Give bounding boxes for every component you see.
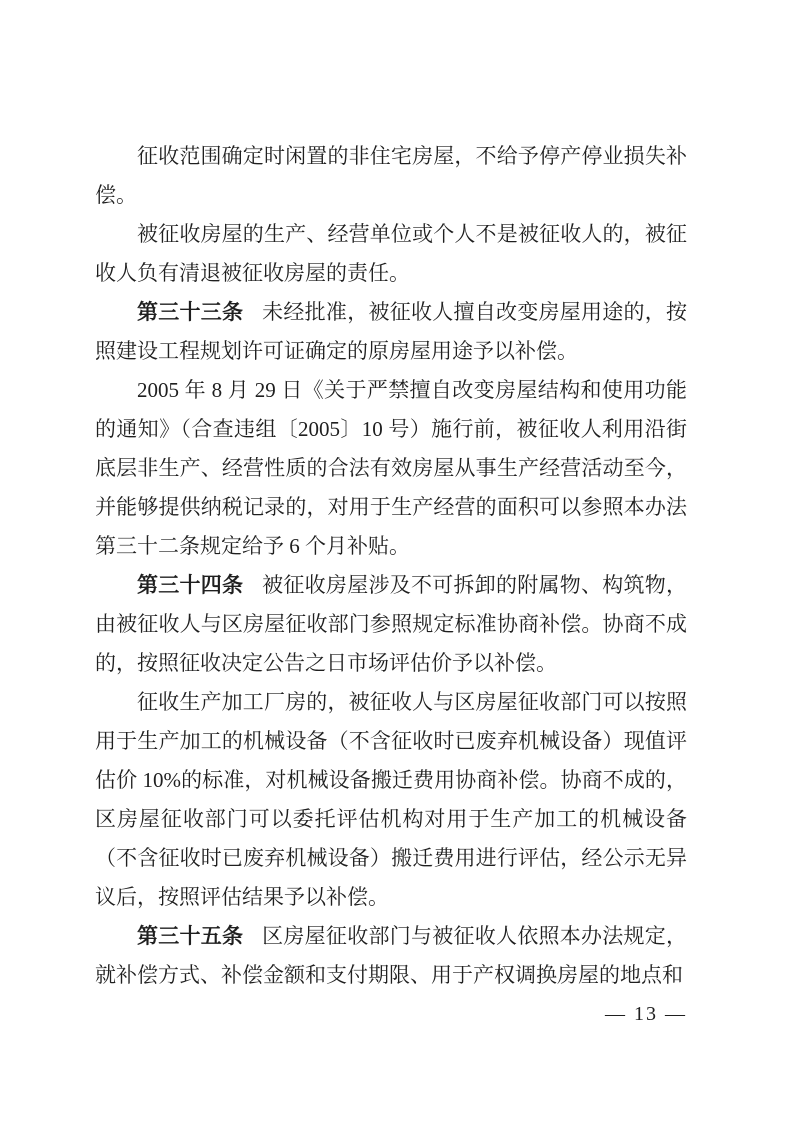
body-paragraph: 被征收房屋的生产、经营单位或个人不是被征收人的，被征收人负有清退被征收房屋的责任… <box>95 215 687 293</box>
page-footer: — 13 — <box>95 1003 687 1026</box>
article-paragraph: 第三十四条被征收房屋涉及不可拆卸的附属物、构筑物，由被征收人与区房屋征收部门参照… <box>95 566 687 683</box>
page-number: — 13 — <box>605 1003 687 1025</box>
article-paragraph: 第三十五条区房屋征收部门与被征收人依照本办法规定，就补偿方式、补偿金额和支付期限… <box>95 917 687 995</box>
paragraph-text: 被征收房屋的生产、经营单位或个人不是被征收人的，被征收人负有清退被征收房屋的责任… <box>95 222 687 285</box>
article-paragraph: 第三十三条未经批准，被征收人擅自改变房屋用途的，按照建设工程规划许可证确定的原房… <box>95 293 687 371</box>
body-paragraph: 2005 年 8 月 29 日《关于严禁擅自改变房屋结构和使用功能的通知》（合查… <box>95 371 687 566</box>
body-paragraph: 征收范围确定时闲置的非住宅房屋，不给予停产停业损失补偿。 <box>95 137 687 215</box>
document-body: 征收范围确定时闲置的非住宅房屋，不给予停产停业损失补偿。被征收房屋的生产、经营单… <box>95 137 687 995</box>
paragraph-text: 2005 年 8 月 29 日《关于严禁擅自改变房屋结构和使用功能的通知》（合查… <box>95 378 687 558</box>
article-number: 第三十三条 <box>137 301 243 324</box>
body-paragraph: 征收生产加工厂房的，被征收人与区房屋征收部门可以按照用于生产加工的机械设备（不含… <box>95 683 687 917</box>
paragraph-text: 征收范围确定时闲置的非住宅房屋，不给予停产停业损失补偿。 <box>95 144 687 207</box>
paragraph-text: 征收生产加工厂房的，被征收人与区房屋征收部门可以按照用于生产加工的机械设备（不含… <box>95 690 687 909</box>
article-number: 第三十四条 <box>137 574 243 597</box>
document-page: 征收范围确定时闲置的非住宅房屋，不给予停产停业损失补偿。被征收房屋的生产、经营单… <box>0 0 793 1122</box>
article-number: 第三十五条 <box>137 925 243 948</box>
